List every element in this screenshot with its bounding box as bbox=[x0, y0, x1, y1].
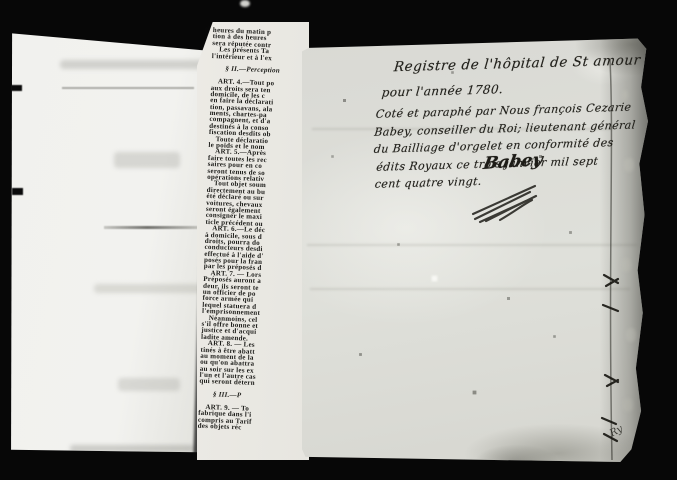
microfilm-scan: heures du matin ption à des heuressera r… bbox=[0, 0, 677, 480]
page-edge-notch bbox=[10, 85, 22, 91]
printed-tariff-page: heures du matin ption à des heuressera r… bbox=[197, 22, 309, 460]
printed-text-column: heures du matin ption à des heuressera r… bbox=[198, 27, 313, 433]
ghost-rule bbox=[104, 226, 200, 229]
ghost-writing-smudge bbox=[118, 378, 180, 391]
ghost-writing-smudge bbox=[114, 152, 180, 168]
paper-crease bbox=[307, 244, 637, 246]
paper-crease bbox=[310, 288, 630, 290]
signature-paraph-icon bbox=[470, 174, 544, 224]
stitching-marks bbox=[590, 60, 636, 460]
ghost-writing-smudge bbox=[70, 445, 195, 452]
film-speck bbox=[240, 0, 250, 7]
ghost-writing-smudge bbox=[60, 60, 210, 69]
ghost-rule bbox=[62, 87, 194, 89]
left-page bbox=[10, 30, 220, 454]
page-edge-notch bbox=[12, 188, 23, 195]
page-stack-edge bbox=[622, 90, 628, 100]
